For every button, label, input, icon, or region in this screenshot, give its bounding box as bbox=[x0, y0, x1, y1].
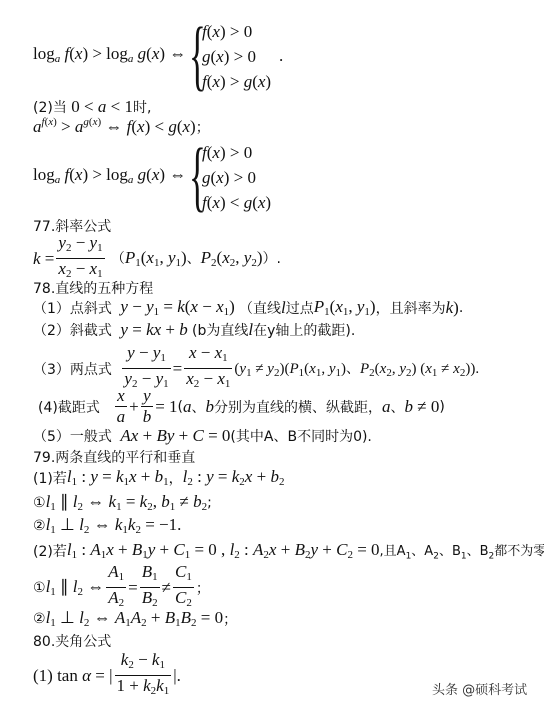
slope-fraction: y2 − y1 x2 − x1 bbox=[56, 233, 104, 284]
x-over-a: x a bbox=[115, 386, 128, 427]
c1-over-c2: C1 C2 bbox=[173, 562, 194, 613]
a1-over-a2: A1 A2 bbox=[106, 562, 126, 613]
intercept-form: (4)截距式 x a + y b = 1 (a、b分别为直线的横、纵截距，a、b… bbox=[38, 386, 445, 427]
log-inequality-1: loga f(x) > loga g(x) ⇔ bbox=[33, 44, 186, 65]
y-over-b: y b bbox=[141, 386, 154, 427]
angle-fraction: k2 − k1 1 + k2k1 bbox=[115, 650, 172, 701]
parallel-perp-case-1: (1)若 l1 : y = k1x + b1 ， l2 : y = k2x + … bbox=[33, 467, 284, 488]
parallel-condition-1: ① l1 ∥ l2 ⇔ k1 = k2, b1 ≠ b2 ; bbox=[33, 492, 212, 513]
general-form: （5）一般式 Ax + By + C = 0 (其中A、B不同时为0). bbox=[33, 426, 372, 446]
section-78-title: 78.直线的五种方程 bbox=[33, 278, 153, 298]
log-inequality-2: loga f(x) > loga g(x) ⇔ bbox=[33, 165, 186, 186]
system-2-line-3: f(x) < g(x) bbox=[202, 193, 271, 213]
parallel-condition-2: ① l1 ∥ l2 ⇔ A1 A2 = B1 B2 ≠ C1 C2 ； bbox=[33, 562, 210, 613]
slope-intercept-form: （2）斜截式 y = kx + b (b为直线l在y轴上的截距). bbox=[33, 320, 355, 340]
system-2-line-2: g(x) > 0 bbox=[202, 168, 256, 188]
watermark: 头条 @硕科考试 bbox=[432, 679, 527, 698]
system-1-period: . bbox=[279, 46, 283, 66]
system-1-line-3: f(x) > g(x) bbox=[202, 72, 271, 92]
system-2-line-1: f(x) > 0 bbox=[202, 143, 252, 163]
point-slope-form: （1）点斜式 y − y1 = k(x − x1) （直线l过点P1(x1, y… bbox=[33, 297, 463, 318]
perpendicular-condition-1: ② l1 ⊥ l2 ⇔ k1k2 = −1. bbox=[33, 515, 181, 536]
parallel-perp-case-2: (2)若 l1 : A1x + B1y + C1 = 0 , l2 : A2x … bbox=[33, 540, 544, 562]
section-79-title: 79.两条直线的平行和垂直 bbox=[33, 447, 195, 467]
perpendicular-condition-2: ② l1 ⊥ l2 ⇔ A1A2 + B1B2 = 0 ； bbox=[33, 608, 237, 629]
b1-over-b2: B1 B2 bbox=[140, 562, 160, 613]
section-80-title: 80.夹角公式 bbox=[33, 631, 111, 651]
system-1-line-2: g(x) > 0 bbox=[202, 47, 256, 67]
exp-inequality: af(x) > ag(x) ⇔ f(x) < g(x)； bbox=[33, 116, 210, 137]
slope-formula: k = y2 − y1 x2 − x1 （P1(x1, y1)、P2(x2, y… bbox=[33, 233, 281, 284]
case-2-label: (2)当 0 < a < 1时, bbox=[33, 97, 151, 117]
system-1-line-1: f(x) > 0 bbox=[202, 22, 252, 42]
angle-formula: (1) tan α = | k2 − k1 1 + k2k1 |. bbox=[33, 650, 181, 701]
